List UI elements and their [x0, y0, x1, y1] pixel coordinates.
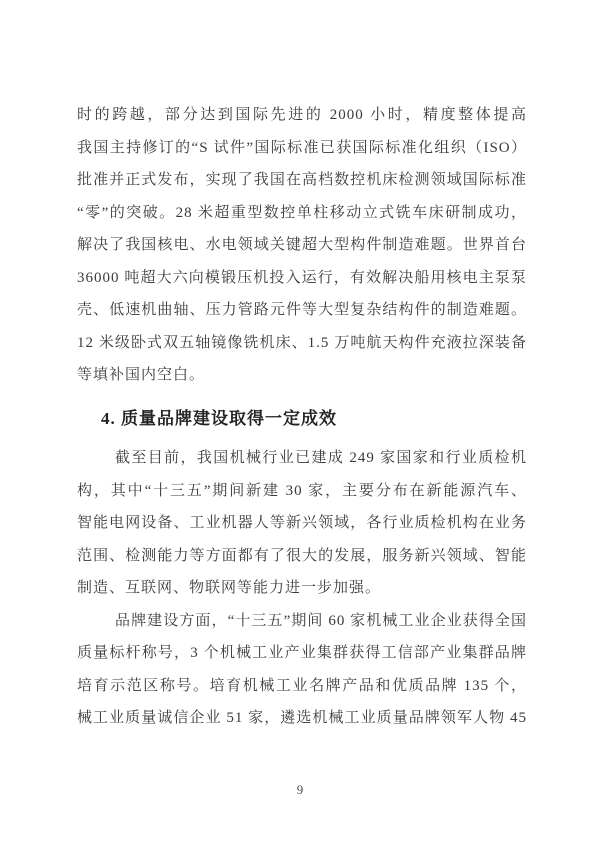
paragraph: 截至目前，我国机械行业已建成 249 家国家和行业质检机构，其中“十三五”期间新… — [77, 442, 527, 605]
text-line: 等填补国内空白。 — [77, 359, 527, 392]
text-line: 12 米级卧式双五轴镜像铣机床、1.5 万吨航天构件充液拉深装备 — [77, 327, 527, 360]
text-line: 解决了我国核电、水电领域关键超大型构件制造难题。世界首台 — [77, 229, 527, 262]
page-number: 9 — [0, 782, 600, 798]
text-line: 智能电网设备、工业机器人等新兴领域，各行业质检机构在业务 — [77, 507, 527, 540]
text-line: 36000 吨超大六向模锻压机投入运行，有效解决船用核电主泵泵 — [77, 262, 527, 295]
document-page: 时的跨越，部分达到国际先进的 2000 小时，精度整体提高 20%。我国主持修订… — [0, 0, 600, 848]
section-heading: 4. 质量品牌建设取得一定成效 — [77, 403, 527, 436]
document-content: 时的跨越，部分达到国际先进的 2000 小时，精度整体提高 20%。我国主持修订… — [77, 99, 527, 735]
text-line: “零”的突破。28 米超重型数控单柱移动立式铣车床研制成功， — [77, 197, 527, 230]
text-line: 壳、低速机曲轴、压力管路元件等大型复杂结构件的制造难题。 — [77, 294, 527, 327]
text-line: 我国主持修订的“S 试件”国际标准已获国际标准化组织（ISO） — [77, 132, 527, 165]
text-line: 培育示范区称号。培育机械工业名牌产品和优质品牌 135 个，机 — [77, 670, 527, 703]
paragraph: 品牌建设方面，“十三五”期间 60 家机械工业企业获得全国质量标杆称号，3 个机… — [77, 605, 527, 735]
text-line: 时的跨越，部分达到国际先进的 2000 小时，精度整体提高 20%。 — [77, 99, 527, 132]
text-line: 截至目前，我国机械行业已建成 249 家国家和行业质检机 — [77, 442, 527, 475]
text-line: 制造、互联网、物联网等能力进一步加强。 — [77, 572, 527, 605]
text-line: 品牌建设方面，“十三五”期间 60 家机械工业企业获得全国 — [77, 605, 527, 638]
text-line: 械工业质量诚信企业 51 家，遴选机械工业质量品牌领军人物 45 — [77, 702, 527, 735]
paragraph: 时的跨越，部分达到国际先进的 2000 小时，精度整体提高 20%。我国主持修订… — [77, 99, 527, 392]
text-line: 范围、检测能力等方面都有了很大的发展，服务新兴领域、智能 — [77, 540, 527, 573]
text-line: 批准并正式发布，实现了我国在高档数控机床检测领域国际标准 — [77, 164, 527, 197]
text-line: 质量标杆称号，3 个机械工业产业集群获得工信部产业集群品牌 — [77, 637, 527, 670]
text-line: 构，其中“十三五”期间新建 30 家，主要分布在新能源汽车、 — [77, 475, 527, 508]
